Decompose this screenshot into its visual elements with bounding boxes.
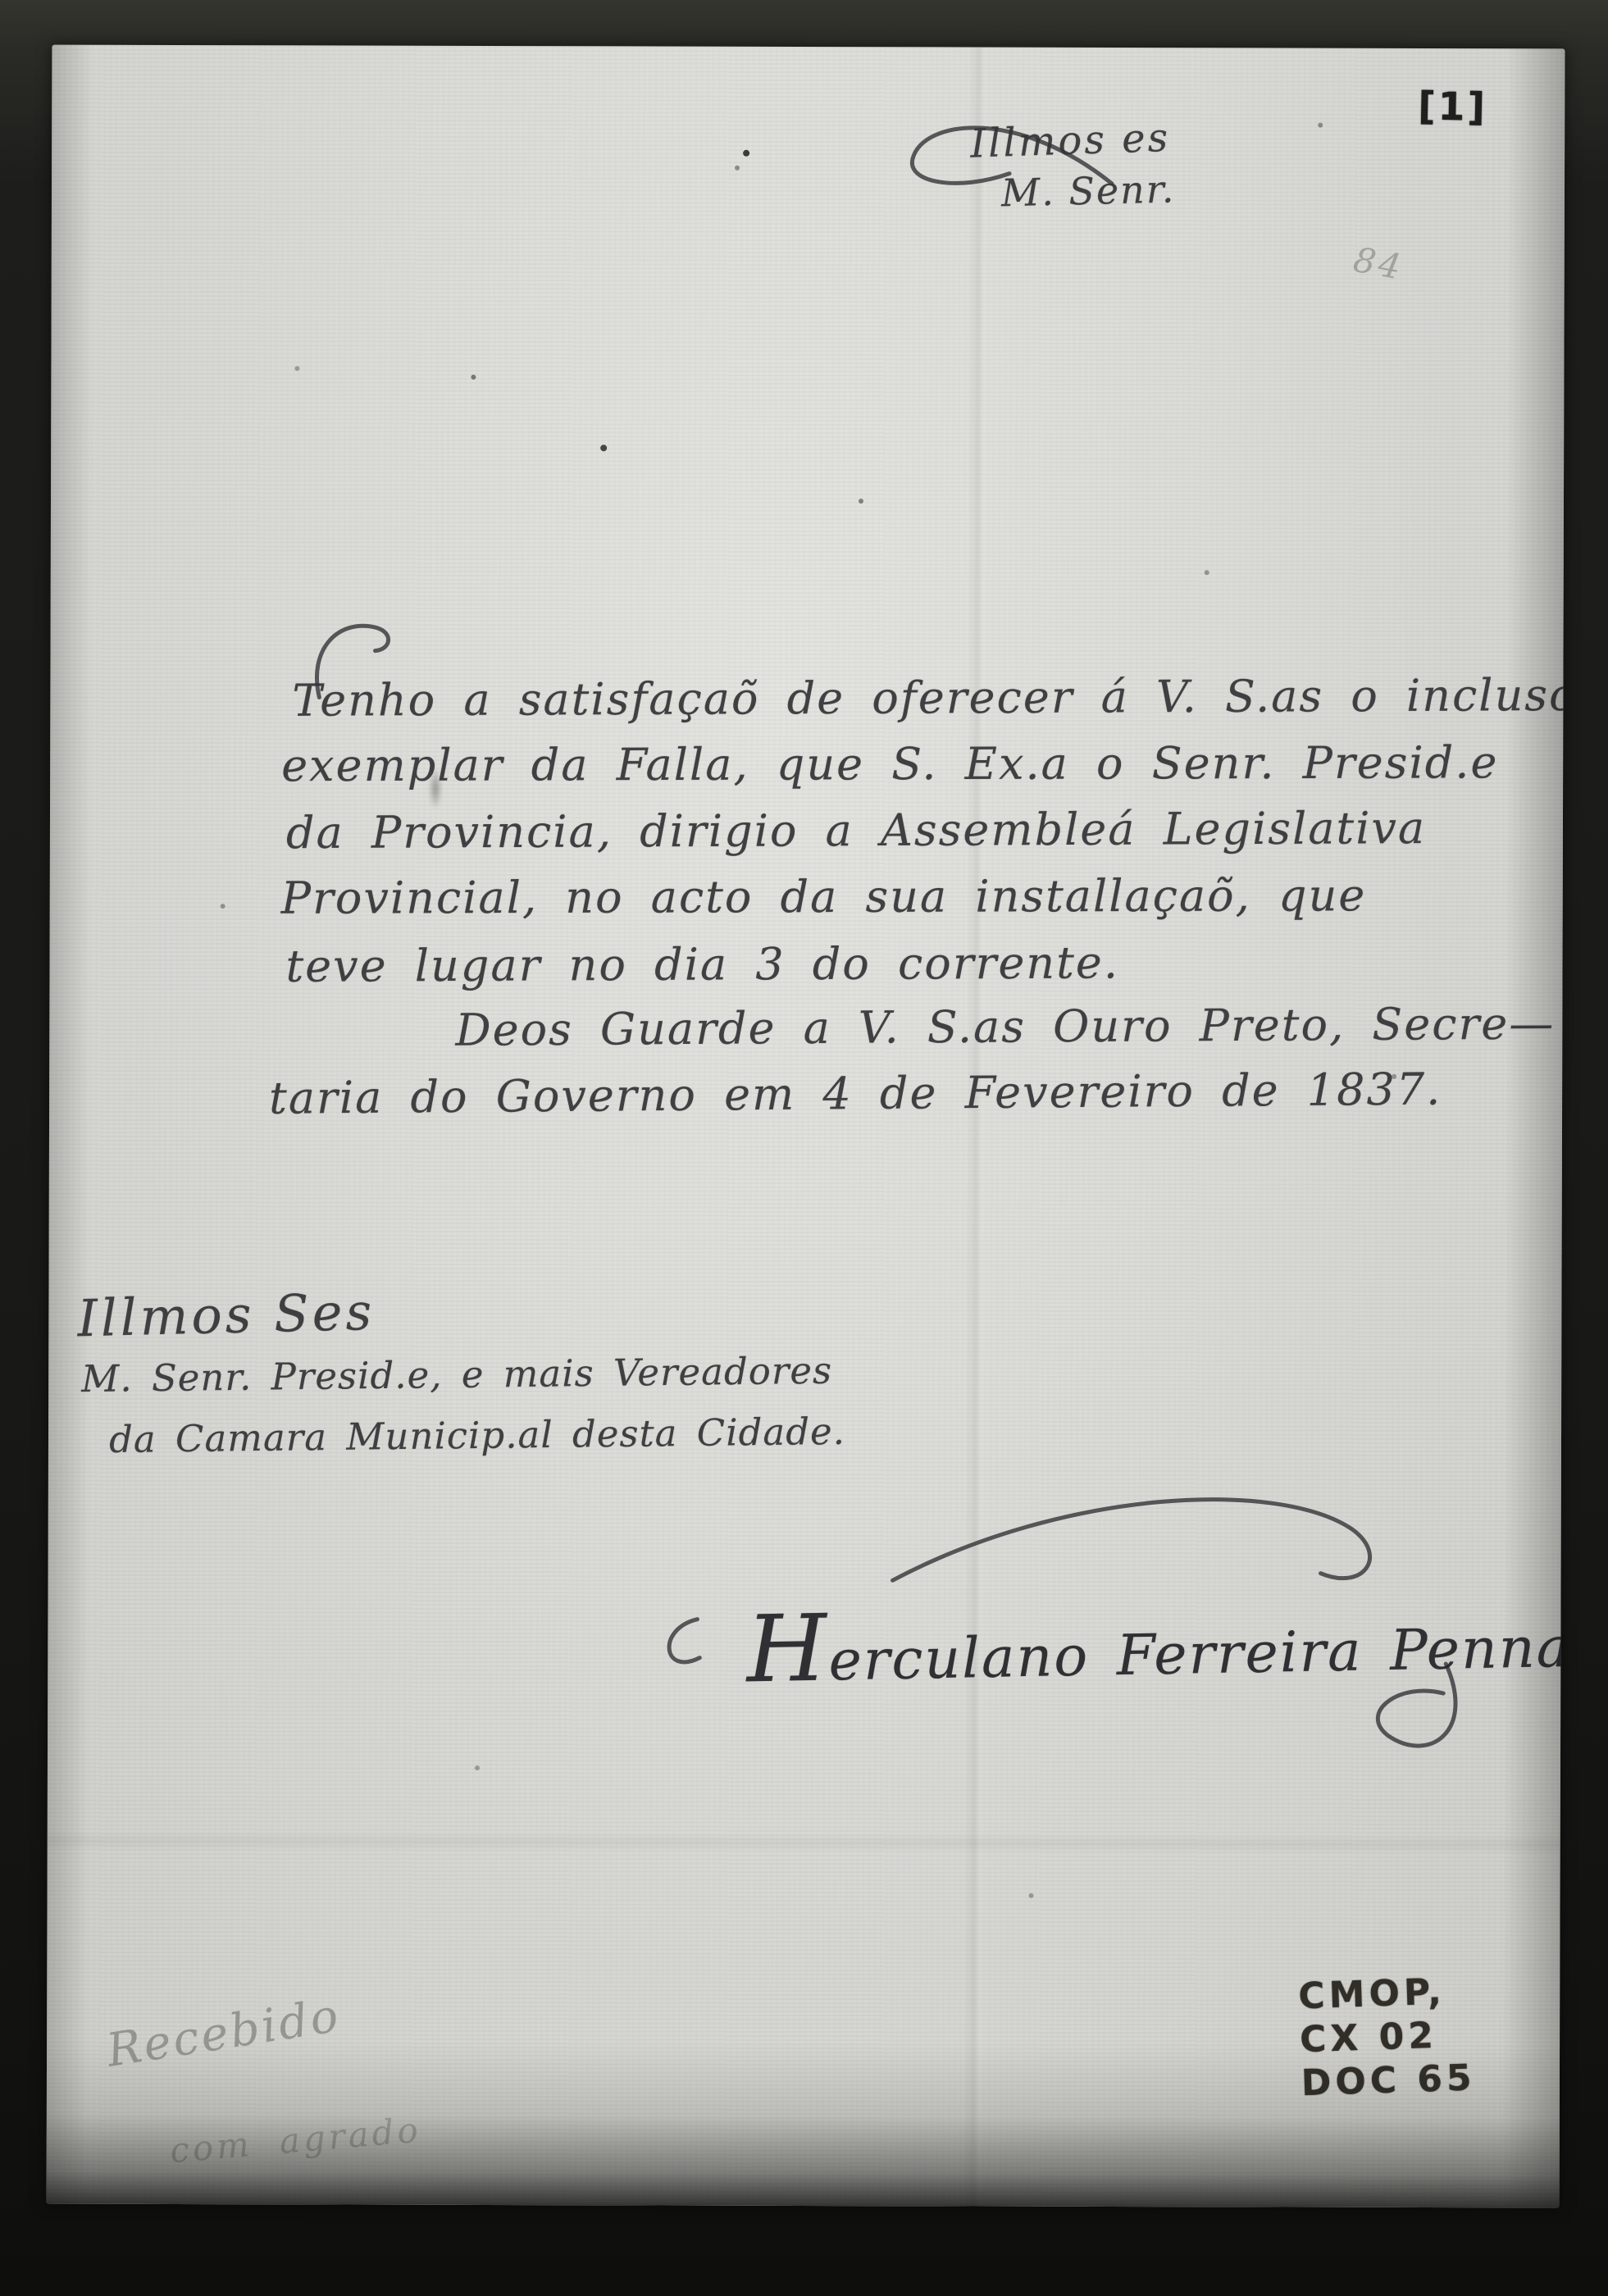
signature-name: Herculano Ferreira Penna <box>745 1582 1565 1703</box>
paper-grain-texture <box>47 45 1565 2208</box>
address-block: Illmos Ses M. Senr. Presid.e, e mais Ver… <box>52 45 1565 49</box>
address-line-3: da Camara Municip.al desta Cidade. <box>109 1410 845 1461</box>
body-line-4: Provincial, no acto da sua installaçaõ, … <box>281 869 1367 923</box>
page-number-stamp: [1] <box>1418 84 1488 130</box>
salutation-line-1: Illmos es <box>969 115 1171 167</box>
paper-sheet: [1] 84 Illmos es M. Senr. Tenho a satisf… <box>47 45 1565 2208</box>
body-line-2: exemplar da Falla, que S. Ex.a o Senr. P… <box>281 736 1498 791</box>
scanned-letter: [1] 84 Illmos es M. Senr. Tenho a satisf… <box>0 0 1608 2296</box>
left-shadow <box>47 45 93 2204</box>
archive-stamp-line-1: CMOP, <box>1298 1969 1474 2018</box>
body-line-7: taria do Governo em 4 de Fevereiro de 18… <box>269 1064 1442 1124</box>
vertical-fold-line <box>963 48 994 2207</box>
bottom-shadow <box>47 2040 1560 2208</box>
address-line-2: M. Senr. Presid.e, e mais Vereadores <box>81 1349 832 1401</box>
received-note: Recebido com agrado <box>52 45 1565 49</box>
letter-body: Tenho a satisfaçaõ de oferecer á V. S.as… <box>52 45 1565 49</box>
body-line-3: da Provincia, dirigio a Assembleá Legisl… <box>286 802 1426 859</box>
salutation-line-2: M. Senr. <box>1000 166 1175 215</box>
horizontal-fold-line <box>48 1831 1560 1855</box>
body-line-6: Deos Guarde a V. S.as Ouro Preto, Secre— <box>455 998 1555 1056</box>
body-line-1: Tenho a satisfaçaõ de oferecer á V. S.as… <box>292 669 1565 727</box>
body-line-5: teve lugar no dia 3 do corrente. <box>285 936 1119 991</box>
pencil-number-note: 84 <box>1351 239 1407 288</box>
address-line-1: Illmos Ses <box>77 1282 376 1349</box>
right-shadow <box>1502 48 1565 2207</box>
